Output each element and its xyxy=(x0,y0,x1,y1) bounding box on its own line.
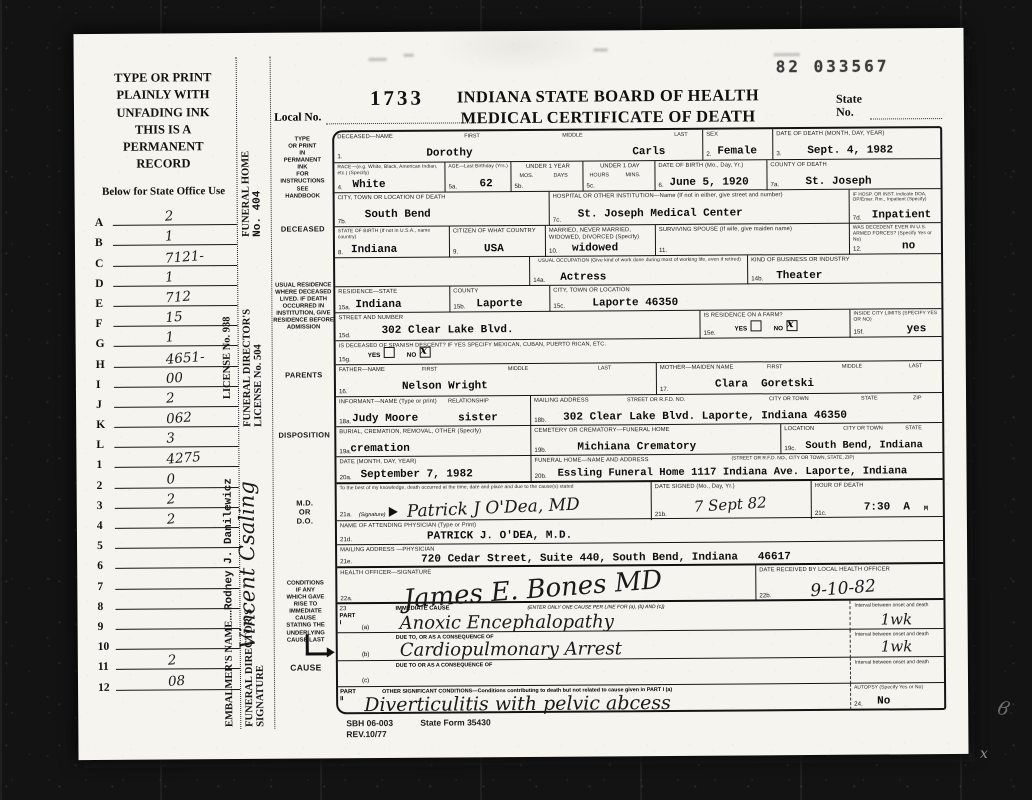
state-office-row-line: 2 xyxy=(116,668,240,670)
local-no-label: Local No. xyxy=(274,111,321,123)
state-office-row-line: 4275 xyxy=(115,466,239,468)
state-office-row-line: 3 xyxy=(114,446,238,448)
state-office-row-label: I xyxy=(96,379,101,391)
farm-checkboxes: YES NOx xyxy=(726,317,797,335)
field-street: STREET AND NUMBER 15d. 302 Clear Lake Bl… xyxy=(335,311,699,342)
field-blank xyxy=(335,257,529,287)
certifier-statement: To the best of my knowledge, death occur… xyxy=(340,484,600,492)
state-office-row-value: 1 xyxy=(165,329,175,346)
field-certifier-signature: To the best of my knowledge, death occur… xyxy=(337,482,651,522)
certifier-signature-handwriting: Patrick J O'Dea, MD xyxy=(406,495,580,522)
state-office-row-value: 1 xyxy=(165,269,175,286)
sub-mos: MOS. xyxy=(519,173,533,179)
field-number: 5b. xyxy=(515,183,524,190)
state-office-row-line: 2 xyxy=(115,527,239,529)
state-no-sublabel: No. xyxy=(836,106,862,119)
burial-value: cremation xyxy=(350,443,410,455)
deceased-first-name: Dorothy xyxy=(426,147,472,159)
state-office-row-line: 2 xyxy=(114,406,238,408)
age-value: 62 xyxy=(479,178,492,190)
mailing-address-value: 302 Clear Lake Blvd. Laporte, Indiana 46… xyxy=(563,410,847,424)
state-office-row-label: 11 xyxy=(98,661,109,673)
field-hospital: HOSPITAL OR OTHER INSTITUTION—Name (If n… xyxy=(549,190,850,226)
date-of-death-label: DATE OF DEATH (MONTH, DAY, YEAR) xyxy=(776,130,939,138)
state-office-row-label: 8 xyxy=(97,601,103,613)
state-office-row-value: 3 xyxy=(166,430,176,447)
state-office-row-value: 0 xyxy=(166,471,176,488)
certificate-number: 1733 xyxy=(370,86,424,111)
state-office-row-line: 2 xyxy=(113,224,237,226)
cause-number: 23 xyxy=(339,605,346,612)
field-interval-b: Interval between onset and death 1wk xyxy=(850,629,945,658)
field-number: 19b. xyxy=(534,447,546,454)
cause-c-letter: (c) xyxy=(362,677,369,684)
age-label: AGE—Last Birthday (Yrs.) xyxy=(448,164,509,171)
date-received-handwriting: 9-10-82 xyxy=(810,576,877,601)
if-hospital-label: IF HOSP. OR INST. indicate DOA, OP/Emer.… xyxy=(853,191,940,203)
field-citizen: CITIZEN OF WHAT COUNTRY 9. USA xyxy=(449,226,546,258)
spanish-checkboxes: YES NOx xyxy=(360,344,431,362)
permanent-record-notice: TYPE OR PRINT PLAINLY WITH UNFADING INK … xyxy=(88,69,239,174)
field-industry: KIND OF BUSINESS OR INDUSTRY 14b. Theate… xyxy=(747,254,942,284)
sex-value: Female xyxy=(717,145,757,157)
field-informant-mailing-address: MAILING ADDRESS STREET OR R.F.D. NO. CIT… xyxy=(530,393,943,426)
funeral-home-no: FUNERAL HOME No. 404 xyxy=(240,117,264,237)
field-number: 14b. xyxy=(751,275,763,282)
interval-label: Interval between onset and death xyxy=(854,602,942,609)
field-number: 21a. xyxy=(340,511,352,518)
disposition-date-value: September 7, 1982 xyxy=(361,468,473,481)
sub-middle: MIDDLE xyxy=(508,365,528,371)
autopsy-label: AUTOPSY (Specify Yes or No) xyxy=(854,685,943,692)
state-office-row-line: 7121- xyxy=(113,265,237,267)
state-office-row-line xyxy=(115,588,239,590)
stamp-smudge xyxy=(774,53,800,56)
state-office-row-label: 12 xyxy=(98,681,110,693)
field-age: AGE—Last Birthday (Yrs.) 5a. 62 xyxy=(444,162,511,192)
state-office-row-label: L xyxy=(96,439,104,451)
due-to-label: DUE TO OR AS A CONSEQUENCE OF xyxy=(396,662,492,669)
street-label: STREET AND NUMBER xyxy=(338,312,697,322)
other-conditions-handwriting: Diverticulitis with pelvic abcess xyxy=(364,692,671,716)
state-office-row-label: A xyxy=(95,217,103,229)
state-office-row-label: G xyxy=(96,338,105,350)
state-office-row-line xyxy=(115,547,239,549)
citizen-value: USA xyxy=(484,243,504,255)
state-office-row-label: 10 xyxy=(98,641,110,653)
city-of-death-value: South Bend xyxy=(365,209,431,221)
field-occupation: USUAL OCCUPATION (Give kind of work done… xyxy=(529,255,748,286)
father-value: Nelson Wright xyxy=(402,380,488,393)
sex-label: SEX xyxy=(706,131,771,139)
spanish-no-label: NO xyxy=(407,352,417,359)
occupation-value: Actress xyxy=(560,271,606,283)
field-number: 15e. xyxy=(704,330,716,337)
state-office-row-line: 1 xyxy=(114,345,238,347)
rail-deceased: DECEASED xyxy=(274,224,332,233)
field-health-officer-signature: HEALTH OFFICER—SIGNATURE 22a. James E. B… xyxy=(337,565,755,604)
director-signature-handwriting: Vincent Csaling xyxy=(234,399,260,649)
form-revision: REV.10/77 xyxy=(346,729,386,739)
field-crematory: CEMETERY OR CREMATORY—FUNERAL HOME 19b. … xyxy=(530,424,781,456)
spanish-no-checkbox: x xyxy=(419,347,430,358)
state-office-row: A 2 xyxy=(95,209,245,230)
field-number: 11. xyxy=(659,247,667,254)
field-number: 7a. xyxy=(771,181,780,188)
interval-a-handwriting: 1wk xyxy=(881,610,913,628)
field-number: 15a. xyxy=(338,304,350,311)
pencil-smudge xyxy=(594,48,608,51)
industry-value: Theater xyxy=(776,270,822,282)
field-date-of-birth: DATE OF BIRTH (Mo., Day, Yr.) 6. June 5,… xyxy=(654,160,767,191)
field-interval-a: Interval between onset and death 1wk xyxy=(849,600,944,631)
state-file-number-stamp: 82 033567 xyxy=(776,56,890,76)
deceased-last-name: Carls xyxy=(632,146,665,158)
sub-first: FIRST xyxy=(464,133,480,139)
field-date-received: DATE RECEIVED BY LOCAL HEALTH OFFICER 22… xyxy=(755,564,944,601)
state-no-line xyxy=(870,118,942,120)
under-1-year-label: UNDER 1 YEAR xyxy=(514,163,581,171)
state-office-row-line: 2 xyxy=(115,507,239,509)
state-office-row-line xyxy=(116,628,240,630)
field-burial-type: BURIAL, CREMATION, REMOVAL, OTHER (Speci… xyxy=(336,426,530,457)
field-number: 15b. xyxy=(453,303,465,310)
rail-md-or-do: M.D. OR D.O. xyxy=(276,498,334,525)
field-number: 20b. xyxy=(535,473,547,480)
state-office-row-value: 4651- xyxy=(165,348,205,367)
residence-city-value: Laporte 46350 xyxy=(592,297,678,310)
state-office-row-label: B xyxy=(95,237,103,249)
field-armed-forces: WAS DECEDENT EVER IN U.S. ARMED FORCES? … xyxy=(849,223,942,255)
state-office-row-label: J xyxy=(96,399,102,411)
field-disposition-date: DATE (MONTH, DAY, YEAR) 20a. September 7… xyxy=(336,456,530,483)
state-of-birth-label: STATE OF BIRTH (If not in U.S.A., name c… xyxy=(338,228,447,241)
state-office-row-label: 1 xyxy=(96,459,102,471)
funeral-home-label: FUNERAL HOME—NAME AND ADDRESS xyxy=(534,456,684,464)
leader-dots: .... xyxy=(224,610,235,621)
sub-zip: ZIP xyxy=(913,395,921,401)
field-number: 15c. xyxy=(553,303,565,310)
field-number: 6. xyxy=(659,182,664,189)
row-place-of-death: CITY, TOWN OR LOCATION OF DEATH 7b. Sout… xyxy=(335,188,941,227)
field-number: 1. xyxy=(337,153,342,160)
sub-days: DAYS xyxy=(553,173,567,179)
state-office-row-value: 4275 xyxy=(166,449,201,468)
crematory-value: Michiana Crematory xyxy=(577,441,696,454)
state-office-row-label: E xyxy=(95,298,103,310)
state-office-row-value: 2 xyxy=(166,511,176,528)
state-office-row-label: D xyxy=(95,278,103,290)
field-number: 3. xyxy=(776,150,781,157)
field-number: 7d. xyxy=(853,215,862,222)
county-of-death-value: St. Joseph xyxy=(805,176,871,188)
due-to-b-handwriting: Cardiopulmonary Arrest xyxy=(400,638,622,661)
hour-of-death-label: HOUR OF DEATH xyxy=(815,482,942,490)
farm-no-checkbox: x xyxy=(786,320,797,331)
field-if-hospital: IF HOSP. OR INST. indicate DOA, OP/Emer.… xyxy=(849,189,942,224)
state-office-row-line: 1 xyxy=(113,285,237,287)
marital-label: MARRIED, NEVER MARRIED, WIDOWED, DIVORCE… xyxy=(549,227,654,242)
state-office-row-value: 7121- xyxy=(165,247,205,266)
sub-last: LAST xyxy=(598,365,612,371)
street-value: 302 Clear Lake Blvd. xyxy=(382,324,514,337)
rail-usual-residence: USUAL RESIDENCE WHERE DECEASED LIVED. IF… xyxy=(272,282,334,332)
field-number: 21c. xyxy=(815,510,827,517)
signature-arrow-icon xyxy=(389,507,398,517)
date-of-death-value: Sept. 4, 1982 xyxy=(807,144,893,157)
burial-label: BURIAL, CREMATION, REMOVAL, OTHER (Speci… xyxy=(339,427,528,436)
sub-middle: MIDDLE xyxy=(842,363,862,369)
form-title-line1: INDIANA STATE BOARD OF HEALTH xyxy=(440,85,776,108)
signature-sublabel: (Signature) xyxy=(359,512,386,518)
field-race: RACE—(e.g. White, Black, American Indian… xyxy=(334,163,444,194)
farm-no-checkmark: x xyxy=(787,317,794,330)
rail-type-print: TYPE OR PRINT IN PERMANENT INK FOR INSTR… xyxy=(273,136,331,200)
enter-one-cause-note: (ENTER ONLY ONE CAUSE PER LINE FOR (a), … xyxy=(527,604,664,611)
field-number: 18b. xyxy=(534,417,546,424)
location-value: South Bend, Indiana xyxy=(805,439,922,452)
scanned-death-certificate: { "accent_colors": {"paper": "#f5f4ef", … xyxy=(0,0,1032,800)
field-informant: INFORMANT—NAME (Type or print) RELATIONS… xyxy=(336,396,530,427)
funeral-home-number: No. 404 xyxy=(251,117,264,237)
mother-label: MOTHER—MAIDEN NAME xyxy=(660,363,941,372)
rail-disposition: DISPOSITION xyxy=(275,430,333,439)
mailing-address-label: MAILING ADDRESS xyxy=(534,397,614,405)
state-office-row-label: 5 xyxy=(97,540,103,552)
sub-street: STREET OR R.F.D. NO. xyxy=(627,396,685,402)
form-code: SBH 06-003 xyxy=(346,718,393,728)
state-office-row-label: C xyxy=(95,257,103,269)
sub-state: STATE xyxy=(861,395,878,401)
field-mother-name: MOTHER—MAIDEN NAME FIRST MIDDLE LAST 17.… xyxy=(656,361,943,395)
residence-city-label: CITY, TOWN OR LOCATION xyxy=(553,285,940,295)
state-office-row-label: 4 xyxy=(97,520,103,532)
funeral-home-label: FUNERAL HOME xyxy=(240,117,252,237)
race-value: White xyxy=(352,179,385,191)
state-office-row-line: 712 xyxy=(113,305,237,307)
field-date-signed: DATE SIGNED (Mo., Day, Yr.) 21b. 7 Sept … xyxy=(651,481,812,520)
state-office-row-label: F xyxy=(95,318,102,330)
field-number: 8. xyxy=(338,249,343,256)
interval-label: Interval between onset and death xyxy=(855,659,943,666)
field-number: 15g. xyxy=(339,356,351,363)
cause-b-letter: (b) xyxy=(362,651,370,658)
field-under-1-year: UNDER 1 YEAR MOS. DAYS 5b. xyxy=(510,162,583,193)
state-office-row-label: 9 xyxy=(98,621,104,633)
field-number: 5a. xyxy=(449,183,458,190)
informant-value: Judy Moore xyxy=(352,413,418,425)
field-number: 24. xyxy=(854,701,863,708)
spanish-yes-label: YES xyxy=(368,352,381,359)
field-number: 10. xyxy=(549,248,558,255)
row-deceased: DECEASED—NAME FIRST MIDDLE LAST 1. Dorot… xyxy=(334,128,940,162)
informant-label: INFORMANT—NAME (Type or print) xyxy=(339,398,439,406)
pencil-smudge xyxy=(369,58,387,61)
field-hour-of-death: HOUR OF DEATH 21c. 7:30 A M xyxy=(811,480,944,519)
sub-hours: HOURS xyxy=(589,172,609,178)
state-of-birth-value: Indiana xyxy=(351,244,397,256)
field-number: 2. xyxy=(706,151,711,158)
field-state-of-birth: STATE OF BIRTH (If not in U.S.A., name c… xyxy=(335,226,449,258)
residence-county-label: COUNTY xyxy=(453,287,548,295)
state-office-row-line xyxy=(115,608,239,610)
relationship-value: sister xyxy=(458,412,498,424)
state-office-row-line: 08 xyxy=(116,688,240,690)
sub-city: CITY OR TOWN xyxy=(843,425,883,431)
city-limits-label: INSIDE CITY LIMITS (SPECIFY YES OR NO) xyxy=(853,311,940,324)
state-office-row-line: 00 xyxy=(114,386,238,388)
state-office-row-line: 062 xyxy=(114,426,238,428)
cause-part1-column: 23 PART I (a) xyxy=(337,604,377,634)
state-office-row-label: 2 xyxy=(97,480,103,492)
sub-state: STATE xyxy=(905,425,922,431)
field-number: 5c. xyxy=(587,182,595,189)
hospital-label: HOSPITAL OR OTHER INSTITUTION—Name (If n… xyxy=(553,191,848,200)
field-city-limits: INSIDE CITY LIMITS (SPECIFY YES OR NO) 1… xyxy=(849,309,942,338)
field-under-1-day: UNDER 1 DAY HOURS MINS. 5c. xyxy=(582,161,655,192)
spouse-label: SURVIVING SPOUSE (If wife, give maiden n… xyxy=(659,225,848,234)
attending-physician-label: NAME OF ATTENDING PHYSICIAN (Type or Pri… xyxy=(340,519,941,530)
state-no-label: State No. xyxy=(836,93,862,120)
state-office-row-label: K xyxy=(96,419,105,431)
pencil-smudge xyxy=(404,54,414,57)
residence-county-value: Laporte xyxy=(476,298,522,310)
autopsy-value: No xyxy=(877,695,890,707)
citizen-label: CITIZEN OF WHAT COUNTRY xyxy=(453,227,544,235)
field-residence-state: RESIDENCE—STATE 15a. Indiana xyxy=(335,286,449,313)
field-number: 18a. xyxy=(339,418,351,425)
date-of-birth-label: DATE OF BIRTH (Mo., Day, Yr.) xyxy=(658,162,765,170)
field-other-conditions: PART II OTHER SIGNIFICANT CONDITIONS—Con… xyxy=(338,684,850,714)
conditions-arrow-head xyxy=(327,647,335,657)
state-office-row-value: 2 xyxy=(167,652,177,669)
field-interval-c: Interval between onset and death xyxy=(850,657,945,684)
field-autopsy: AUTOPSY (Specify Yes or No) 24. No xyxy=(850,683,945,710)
spanish-yes-checkbox xyxy=(383,347,394,358)
state-office-use-heading: Below for State Office Use xyxy=(81,185,247,198)
crematory-label: CEMETERY OR CREMATORY—FUNERAL HOME xyxy=(534,426,779,435)
mother-value: Clara Goretski xyxy=(715,378,814,391)
embalmer-name-label: EMBALMER'S NAME xyxy=(224,621,236,728)
state-office-row-value: 2 xyxy=(164,208,174,225)
field-marital-status: MARRIED, NEVER MARRIED, WIDOWED, DIVORCE… xyxy=(545,225,656,257)
city-of-death-label: CITY, TOWN OR LOCATION OF DEATH xyxy=(338,193,547,202)
residence-state-label: RESIDENCE—STATE xyxy=(338,288,447,296)
field-deceased-name: DECEASED—NAME FIRST MIDDLE LAST 1. Dorot… xyxy=(334,130,702,163)
field-number: 7b. xyxy=(338,218,347,225)
field-number: 21d. xyxy=(340,536,352,543)
hospital-value: St. Joseph Medical Center xyxy=(578,207,743,220)
field-number: 16. xyxy=(339,388,348,395)
attending-physician-value: PATRICK J. O'DEA, M.D. xyxy=(427,530,572,543)
field-number: 12. xyxy=(853,246,862,253)
armed-forces-value: no xyxy=(902,240,915,252)
row-part-2: PART II OTHER SIGNIFICANT CONDITIONS—Con… xyxy=(338,682,944,713)
sub-city: CITY OR TOWN xyxy=(769,395,809,401)
field-residence-county: COUNTY 15b. Laporte xyxy=(449,286,550,313)
location-label: LOCATION xyxy=(784,425,834,433)
field-number: 7c. xyxy=(553,217,561,224)
under-1-day-label: UNDER 1 DAY xyxy=(586,163,653,171)
date-signed-handwriting: 7 Sept 82 xyxy=(693,493,767,515)
sub-mins: MINS. xyxy=(625,172,640,178)
field-number: 14a. xyxy=(533,277,545,284)
state-office-row-line: 1 xyxy=(113,244,237,246)
field-number: 15f. xyxy=(854,329,864,336)
sub-middle: MIDDLE xyxy=(562,132,582,138)
state-office-row-value: 00 xyxy=(165,369,183,386)
funeral-home-value: Essling Funeral Home 1117 Indiana Ave. L… xyxy=(558,465,908,479)
field-number: 9. xyxy=(453,248,458,255)
field-number: 4. xyxy=(338,184,343,191)
state-office-row-value: 712 xyxy=(165,288,192,306)
state-office-row-line xyxy=(115,567,239,569)
state-office-row-line xyxy=(116,648,240,650)
field-residence-farm: IS RESIDENCE ON A FARM? 15e. YES NOx xyxy=(699,310,850,339)
hour-meridiem: M xyxy=(924,505,928,513)
state-office-row-line: 15 xyxy=(114,325,238,327)
if-hospital-value: Inpatient xyxy=(872,209,932,221)
interval-label: Interval between onset and death xyxy=(855,631,943,638)
cause-a-letter: (a) xyxy=(362,624,370,631)
state-office-row-value: 08 xyxy=(167,672,185,689)
sub-last: LAST xyxy=(674,131,688,137)
spanish-no-checkmark: x xyxy=(420,344,427,357)
interval-b-handwriting: 1wk xyxy=(881,637,913,655)
form-title: INDIANA STATE BOARD OF HEALTH MEDICAL CE… xyxy=(440,85,776,129)
rail-parents: PARENTS xyxy=(275,370,333,379)
state-office-row-line: 0 xyxy=(115,487,239,489)
field-county-of-death: COUNTY OF DEATH 7a. St. Joseph xyxy=(766,159,941,190)
disposition-date-label: DATE (MONTH, DAY, YEAR) xyxy=(339,457,528,466)
state-office-row-label: 6 xyxy=(97,560,103,572)
embalmer-name-value: Rodney J. Danilewicz xyxy=(223,478,236,610)
state-office-row-value: 2 xyxy=(165,390,175,407)
rail-cause: CAUSE xyxy=(277,662,335,672)
race-label: RACE—(e.g. White, Black, American Indian… xyxy=(337,164,442,177)
part-2-label: PART II xyxy=(340,689,356,702)
residence-state-value: Indiana xyxy=(355,299,401,311)
field-number: 15d. xyxy=(339,332,351,339)
embalmer-license-label: LICENSE No. 938 xyxy=(221,229,233,399)
certificate-form: DECEASED—NAME FIRST MIDDLE LAST 1. Dorot… xyxy=(332,126,946,714)
city-limits-value: yes xyxy=(907,323,927,335)
marital-value: widowed xyxy=(572,242,618,254)
armed-forces-label: WAS DECEDENT EVER IN U.S. ARMED FORCES? … xyxy=(853,225,940,244)
farm-no-label: NO xyxy=(774,325,784,332)
sub-first: FIRST xyxy=(422,366,438,372)
date-signed-label: DATE SIGNED (Mo., Day, Yr.) xyxy=(655,482,810,490)
form-name: State Form 35430 xyxy=(420,717,490,727)
field-number: 19c. xyxy=(784,445,796,452)
sub-last: LAST xyxy=(909,363,923,369)
relationship-label: RELATIONSHIP xyxy=(448,398,489,404)
field-number: 20a. xyxy=(340,474,352,481)
field-surviving-spouse: SURVIVING SPOUSE (If wife, give maiden n… xyxy=(655,224,850,256)
form-title-line2: MEDICAL CERTIFICATE OF DEATH xyxy=(440,106,776,129)
date-of-birth-value: June 5, 1920 xyxy=(669,176,748,189)
deceased-name-label: DECEASED—NAME xyxy=(337,131,700,141)
field-father-name: FATHER—NAME FIRST MIDDLE LAST 16. Nelson… xyxy=(336,363,656,397)
row-certification: To the best of my knowledge, death occur… xyxy=(337,478,943,522)
embalmer-license-no: LICENSE No. 938 xyxy=(221,229,233,399)
state-office-row-value: 15 xyxy=(165,309,183,326)
certificate-paper: TYPE OR PRINT PLAINLY WITH UNFADING INK … xyxy=(73,28,968,760)
industry-label: KIND OF BUSINESS OR INDUSTRY xyxy=(751,256,940,265)
state-office-row-label: H xyxy=(96,358,105,370)
county-of-death-label: COUNTY OF DEATH xyxy=(770,161,939,169)
farm-yes-label: YES xyxy=(735,325,748,332)
